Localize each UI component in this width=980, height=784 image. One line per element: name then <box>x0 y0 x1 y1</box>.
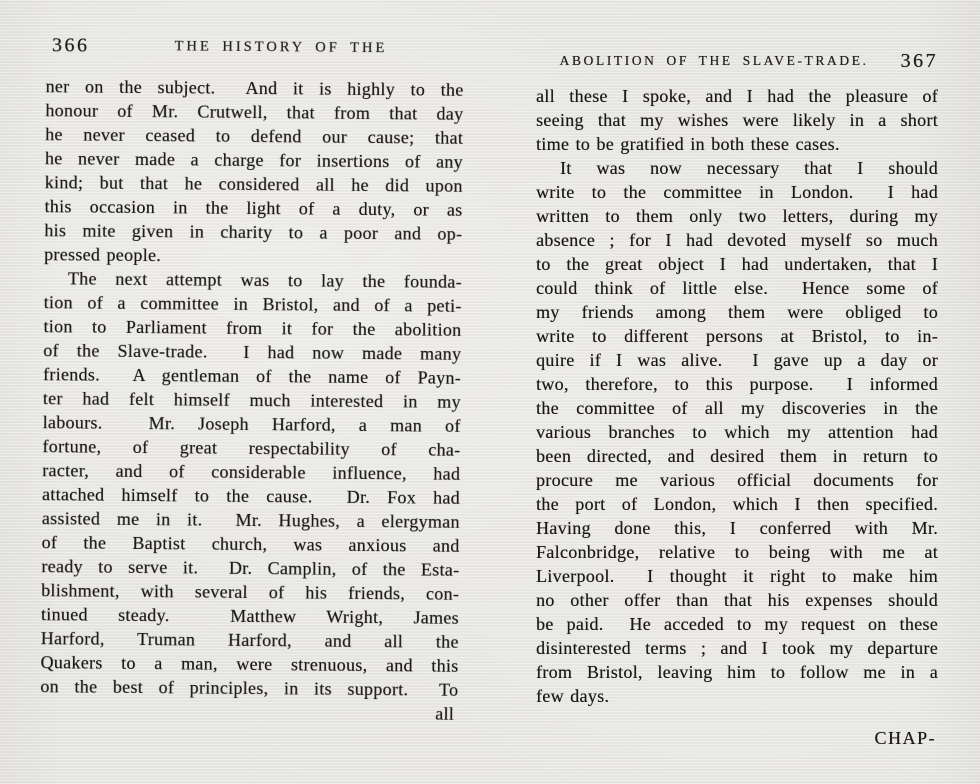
text-line: seeing that my wishes were likely in a s… <box>536 108 938 132</box>
text-line: the committee of all my discoveries in t… <box>536 396 938 420</box>
text-line: write to different persons at Bristol, t… <box>536 324 938 348</box>
text-line: fortune, of great respectability of cha- <box>42 434 460 462</box>
text-line: The next attempt was to lay the founda- <box>44 266 462 294</box>
running-header-right: ABOLITION OF THE SLAVE-TRADE. <box>536 53 938 69</box>
text-line: Falconbridge, relative to being with me … <box>536 540 938 564</box>
text-line: pressed people. <box>44 242 462 270</box>
text-line: ner on the subject. And it is highly to … <box>45 74 463 102</box>
text-line: Liverpool. I thought it right to make hi… <box>536 564 938 588</box>
left-page-header: 366 THE HISTORY OF THE <box>46 34 464 62</box>
text-line: two, therefore, to this purpose. I infor… <box>536 372 938 396</box>
text-line: racter, and of considerable influence, h… <box>42 458 460 486</box>
text-line: of the Slave-trade. I had now made many <box>43 338 461 366</box>
text-line: It was now necessary that I should <box>536 156 938 180</box>
text-line: all these I spoke, and I had the pleasur… <box>536 84 938 108</box>
right-page-text: all these I spoke, and I had the pleasur… <box>536 84 938 708</box>
text-line: could think of little else. Hence some o… <box>536 276 938 300</box>
text-line: from Bristol, leaving him to follow me i… <box>536 660 938 684</box>
text-line: been directed, and desired them in retur… <box>536 444 938 468</box>
page-number-right: 367 <box>901 50 939 73</box>
text-line: his mite given in charity to a poor and … <box>44 218 462 246</box>
right-page: ABOLITION OF THE SLAVE-TRADE. 367 all th… <box>536 50 938 750</box>
text-line: procure me various official documents fo… <box>536 468 938 492</box>
text-line: absence ; for I had devoted myself so mu… <box>536 228 938 252</box>
text-line: of the Baptist church, was anxious and <box>41 530 459 558</box>
text-line: written to them only two letters, during… <box>536 204 938 228</box>
text-line: tion to Parliament from it for the aboli… <box>43 314 461 342</box>
text-line: assisted me in it. Mr. Hughes, a elergym… <box>42 506 460 534</box>
catchword-left: all <box>40 698 458 726</box>
text-line: my friends among them were obliged to <box>536 300 938 324</box>
text-line: he never made a charge for insertions of… <box>45 146 463 174</box>
text-line: tinued steady. Matthew Wright, James <box>41 602 459 630</box>
text-line: ready to serve it. Dr. Camplin, of the E… <box>41 554 459 582</box>
catchword-right: CHAP- <box>536 726 938 750</box>
text-line: he never ceased to defend our cause; tha… <box>45 122 463 150</box>
text-line: this occasion in the light of a duty, or… <box>44 194 462 222</box>
book-scan: 366 THE HISTORY OF THE ner on the subjec… <box>0 0 980 784</box>
text-line: various branches to which my attention h… <box>536 420 938 444</box>
text-line: friends. A gentleman of the name of Payn… <box>43 362 461 390</box>
text-line: honour of Mr. Crutwell, that from that d… <box>45 98 463 126</box>
right-page-header: ABOLITION OF THE SLAVE-TRADE. 367 <box>536 50 938 74</box>
text-line: ter had felt himself much interested in … <box>43 386 461 414</box>
text-line: few days. <box>536 684 938 708</box>
running-header-left: THE HISTORY OF THE <box>46 37 464 58</box>
text-line: kind; but that he considered all he did … <box>45 170 463 198</box>
text-line: labours. Mr. Joseph Harford, a man of <box>43 410 461 438</box>
left-page-text: ner on the subject. And it is highly to … <box>40 74 463 702</box>
text-line: Having done this, I conferred with Mr. <box>536 516 938 540</box>
left-page: 366 THE HISTORY OF THE ner on the subjec… <box>40 34 464 726</box>
text-line: blishment, with several of his friends, … <box>41 578 459 606</box>
text-line: no other offer than that his expenses sh… <box>536 588 938 612</box>
text-line: write to the committee in London. I had <box>536 180 938 204</box>
text-line: disinterested terms ; and I took my depa… <box>536 636 938 660</box>
text-line: attached himself to the cause. Dr. Fox h… <box>42 482 460 510</box>
text-line: be paid. He acceded to my request on the… <box>536 612 938 636</box>
text-line: Quakers to a man, were strenuous, and th… <box>40 650 458 678</box>
text-line: to the great object I had undertaken, th… <box>536 252 938 276</box>
text-line: tion of a committee in Bristol, and of a… <box>44 290 462 318</box>
text-line: the port of London, which I then specifi… <box>536 492 938 516</box>
text-line: time to be gratified in both these cases… <box>536 132 938 156</box>
text-line: on the best of principles, in its suppor… <box>40 674 458 702</box>
text-line: Harford, Truman Harford, and all the <box>41 626 459 654</box>
text-line: quire if I was alive. I gave up a day or <box>536 348 938 372</box>
